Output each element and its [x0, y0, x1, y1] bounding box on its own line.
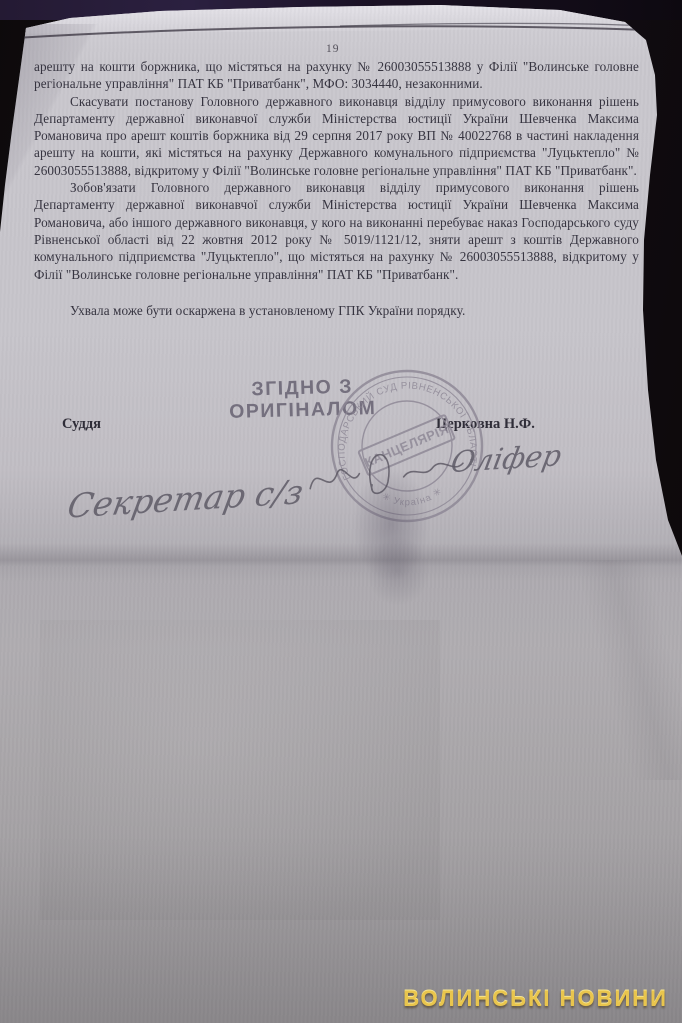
page-number: 19	[326, 43, 340, 55]
handwriting-secretary-text: Секретар с/з	[65, 472, 307, 525]
news-watermark: ВОЛИНСЬКІ НОВИНИ	[403, 986, 668, 1012]
paragraph-obligate-executor: Зобов'язати Головного державного виконав…	[34, 179, 639, 283]
handwriting-name-text: Оліфер	[448, 438, 564, 479]
court-order-text: арешту на кошти боржника, що містяться н…	[34, 58, 639, 319]
judge-label: Суддя	[62, 416, 101, 433]
photo-scene: 19 арешту на кошти боржника, що містятьс…	[0, 0, 682, 1023]
paper-sheet: 19 арешту на кошти боржника, що містятьс…	[0, 0, 682, 1023]
paragraph-cancel-resolution: Скасувати постанову Головного державного…	[34, 93, 639, 179]
paragraph-appeal-notice: Ухвала може бути оскаржена в установлено…	[34, 302, 639, 319]
paragraph-continuation: арешту на кошти боржника, що містяться н…	[34, 58, 639, 93]
paper-wrinkle	[560, 560, 682, 780]
